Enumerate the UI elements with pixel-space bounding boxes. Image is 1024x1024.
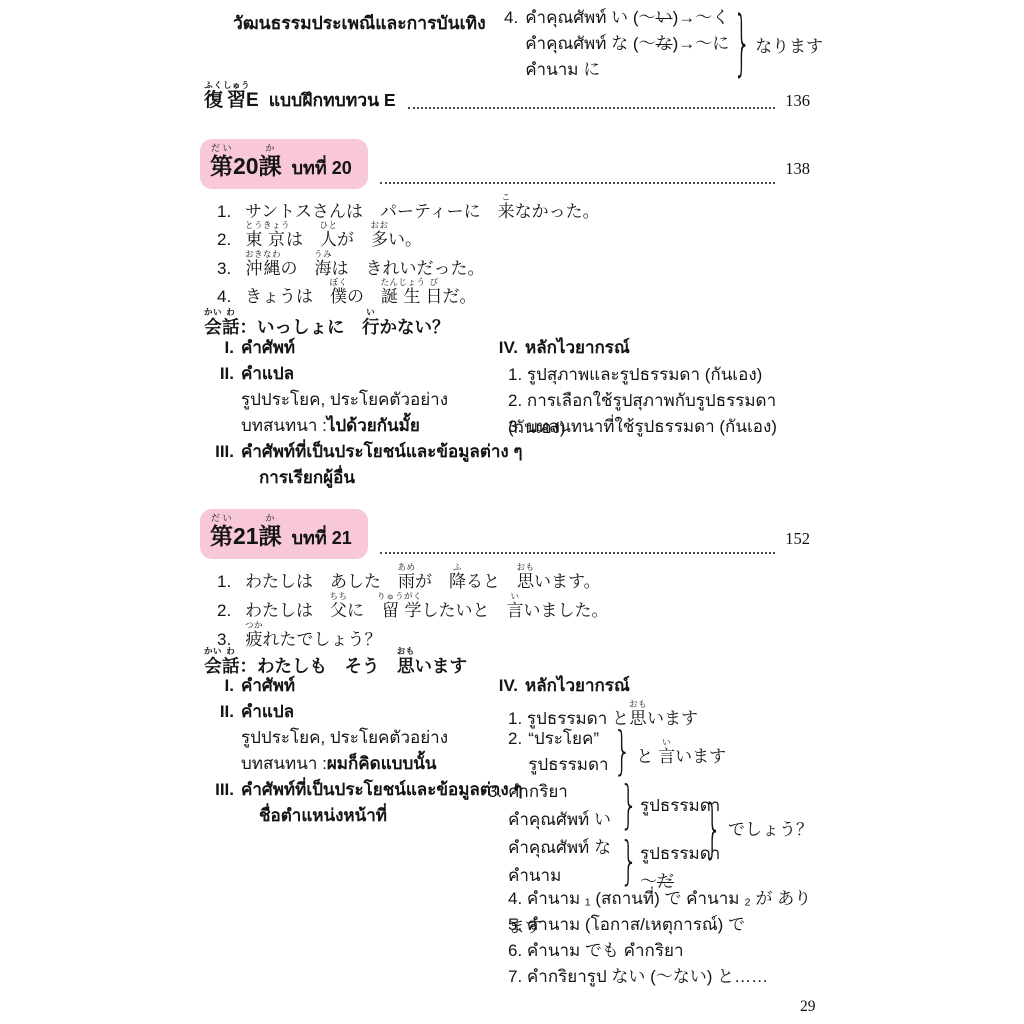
section-label: หลักไวยากรณ์	[525, 672, 630, 699]
sentence-text: 東とう京きょうは 人ひとが 多おおい。	[245, 220, 422, 250]
dotted-leader	[408, 105, 776, 109]
dotted-leader	[380, 180, 775, 184]
roman-numeral: I.	[204, 338, 234, 358]
sentence-number: 2.	[217, 230, 235, 250]
grammar-result: なります	[755, 32, 823, 57]
option-line: คำกริยา	[508, 778, 568, 806]
grammar-point-5: 5. คำนาม (โอกาส/เหตุการณ์) で	[508, 910, 745, 938]
page-number: 29	[800, 998, 816, 1016]
roman-numeral: III.	[204, 442, 234, 462]
option-line: คำคุณศัพท์ い	[508, 806, 611, 834]
sentence-text: わたしは あした 雨あめが 降ふると 思おもいます。	[245, 562, 601, 592]
lesson21-header-row: 第だい21課か บทที่ 21 152	[200, 509, 810, 559]
section-iv: IV. หลักไวยากรณ์	[488, 334, 630, 361]
sentence: 1. わたしは あした 雨あめが 降ふると 思おもいます。	[217, 563, 609, 592]
section-heading-culture: วัฒนธรรมประเพณีและการบันเทิง	[233, 9, 486, 37]
sentence-text: サントスさんは パーティーに 来こなかった。	[245, 192, 600, 222]
section-ii: II. คำแปล	[204, 698, 294, 725]
sentence: 4. きょうは 僕ぼくの 誕たん生じょう日びだ。	[217, 279, 600, 308]
roman-numeral: II.	[204, 364, 234, 384]
sentence-number: 1.	[217, 202, 235, 222]
review-title-jp: 復ふく習しゅうE	[204, 80, 259, 112]
section-iii-sub: ชื่อตำแหน่งหน้าที่	[259, 802, 387, 829]
grammar-line: คำคุณศัพท์ い (～い)→～く	[525, 5, 729, 31]
section-ii-sub1: รูปประโยค, ประโยคตัวอย่าง	[241, 724, 448, 751]
sentence-text: 沖おき縄なわの 海うみは きれいだった。	[245, 249, 485, 279]
dotted-leader	[380, 550, 775, 554]
section-iii: III. คำศัพท์ที่เป็นประโยชน์และข้อมูลต่าง…	[204, 776, 523, 803]
option-line: “ประโยค”	[528, 726, 608, 752]
sentence: 3. 沖おき縄なわの 海うみは きれいだった。	[217, 250, 600, 279]
option-line: รูปธรรมดา	[528, 752, 608, 778]
section-iii-sub: การเรียกผู้อื่น	[259, 464, 355, 491]
grammar-point: 1. รูปสุภาพและรูปธรรมดา (กันเอง)	[508, 361, 762, 388]
lesson20-page-number: 138	[785, 159, 810, 179]
sentence: 2. 東とう京きょうは 人ひとが 多おおい。	[217, 222, 600, 251]
section-label: คำศัพท์ที่เป็นประโยชน์และข้อมูลต่าง ๆ	[241, 776, 523, 803]
item-number: 3.	[488, 778, 502, 806]
review-page-number: 136	[785, 91, 810, 111]
review-e-row: 復ふく習しゅうE แบบฝึกทบทวน E 136	[204, 80, 810, 114]
brace-group: “ประโยค” รูปธรรมดา } と 言いいます	[528, 726, 726, 778]
lesson20-title-th: บทที่ 20	[292, 153, 352, 182]
section-iv: IV. หลักไวยากรณ์	[488, 672, 630, 699]
lesson20-chip: 第だい20課か บทที่ 20	[200, 139, 368, 189]
sentence-number: 4.	[217, 287, 235, 307]
stacked-options: “ประโยค” รูปธรรมดา	[528, 726, 608, 778]
section-label: คำแปล	[241, 698, 294, 725]
review-title-th: แบบฝึกทบทวน E	[269, 86, 396, 114]
grammar-lines: คำคุณศัพท์ い (～い)→～く คำคุณศัพท์ な (～な)→～…	[525, 5, 729, 83]
grammar-point-7: 7. คำกริยารูป ない (～ない) と……	[508, 962, 768, 990]
item-number: 2.	[508, 726, 522, 752]
section-ii: II. คำแปล	[204, 360, 294, 387]
section-i: I. คำศัพท์	[204, 672, 295, 699]
roman-numeral: I.	[204, 676, 234, 696]
brace-icon: }	[704, 798, 722, 862]
section-label: คำศัพท์ที่เป็นประโยชน์และข้อมูลต่าง ๆ	[241, 438, 523, 465]
section-label: หลักไวยากรณ์	[525, 334, 630, 361]
lesson21-sections: I. คำศัพท์ II. คำแปล รูปประโยค, ประโยคตั…	[204, 672, 824, 992]
sentence-text: わたしは 父ちちに 留りゅう学がくしたいと 言いいました。	[245, 591, 609, 621]
roman-numeral: III.	[204, 780, 234, 800]
grammar-item-4-top: 4. คำคุณศัพท์ い (～い)→～く คำคุณศัพท์ な (～な…	[504, 5, 823, 83]
sentence-text: きょうは 僕ぼくの 誕たん生じょう日びだ。	[245, 277, 477, 307]
dialog-prefix: บทสนทนา :	[241, 412, 327, 439]
section-ii-sub2: บทสนทนา : ไปด้วยกันมั้ย	[241, 412, 420, 439]
sentence-number: 2.	[217, 601, 235, 621]
option-line: คำคุณศัพท์ な	[508, 834, 611, 862]
sentence-number: 3.	[217, 259, 235, 279]
section-i: I. คำศัพท์	[204, 334, 295, 361]
grammar-point-3: 3. คำกริยา คำคุณศัพท์ い คำคุณศัพท์ な คำน…	[488, 778, 828, 894]
grammar-point-2: 2. “ประโยค” รูปธรรมดา } と 言いいます	[508, 726, 726, 778]
dialog-title: ไปด้วยกันมั้ย	[327, 412, 420, 439]
lesson21-page-number: 152	[785, 529, 810, 549]
lesson20-header-row: 第だい20課か บทที่ 20 138	[200, 139, 810, 189]
brace-icon: }	[620, 780, 638, 832]
brace-icon: }	[733, 8, 751, 79]
lesson21-title-jp: 第だい21課か	[210, 513, 282, 549]
lesson20-sections: I. คำศัพท์ II. คำแปล รูปประโยค, ประโยคตั…	[204, 334, 814, 484]
dialog-prefix: บทสนทนา :	[241, 750, 327, 777]
sentence-number: 1.	[217, 572, 235, 592]
roman-numeral: IV.	[488, 338, 518, 358]
lesson21-sentences: 1. わたしは あした 雨あめが 降ふると 思おもいます。 2. わたしは 父ち…	[217, 563, 609, 650]
sentence: 2. わたしは 父ちちに 留りゅう学がくしたいと 言いいました。	[217, 592, 609, 621]
grammar-line: คำคุณศัพท์ な (～な)→～に	[525, 31, 729, 57]
brace-group: คำคุณศัพท์ い (～い)→～く คำคุณศัพท์ な (～な)→～…	[525, 5, 823, 83]
section-label: คำศัพท์	[241, 334, 295, 361]
brace-icon: }	[620, 836, 638, 888]
section-ii-sub1: รูปประโยค, ประโยคตัวอย่าง	[241, 386, 448, 413]
section-ii-sub2: บทสนทนา : ผมก็คิดแบบนั้น	[241, 750, 436, 777]
section-label: คำแปล	[241, 360, 294, 387]
lesson20-sentences: 1. サントスさんは パーティーに 来こなかった。 2. 東とう京きょうは 人ひ…	[217, 193, 600, 307]
sentence: 1. サントスさんは パーティーに 来こなかった。	[217, 193, 600, 222]
lesson21-title-th: บทที่ 21	[292, 523, 352, 552]
brace-icon: }	[614, 726, 632, 778]
grammar-point-6: 6. คำนาม でも คำกริยา	[508, 936, 684, 964]
section-label: คำศัพท์	[241, 672, 295, 699]
item-number: 4.	[504, 5, 518, 31]
toc-page: วัฒนธรรมประเพณีและการบันเทิง 4. คำคุณศัพ…	[0, 0, 1024, 1024]
grammar-result: と 言いいます	[636, 737, 726, 767]
lesson20-title-jp: 第だい20課か	[210, 143, 282, 179]
roman-numeral: II.	[204, 702, 234, 722]
outer-result: でしょう？	[728, 816, 813, 844]
section-iii: III. คำศัพท์ที่เป็นประโยชน์และข้อมูลต่าง…	[204, 438, 523, 465]
dialog-title: ผมก็คิดแบบนั้น	[327, 750, 437, 777]
grammar-point: 3. บทสนทนาที่ใช้รูปธรรมดา (กันเอง)	[508, 413, 777, 440]
lesson21-chip: 第だい21課か บทที่ 21	[200, 509, 368, 559]
roman-numeral: IV.	[488, 676, 518, 696]
